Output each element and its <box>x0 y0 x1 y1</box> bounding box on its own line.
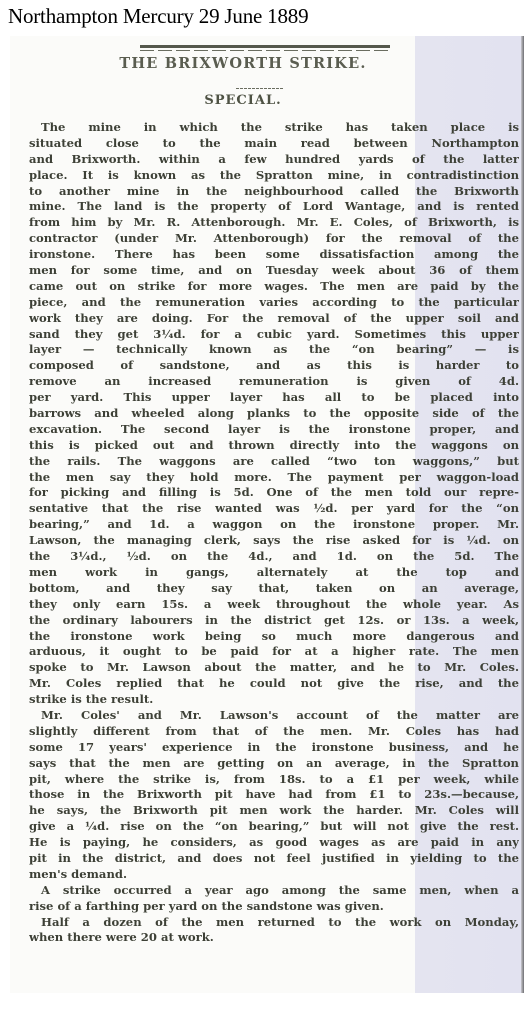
article-line: Mr. Coles' and Mr. Lawson's account of t… <box>29 708 519 724</box>
article-line: bearing,” and 1d. a waggon on the ironst… <box>29 517 519 533</box>
article-line: spoke to Mr. Lawson about the matter, an… <box>29 660 519 676</box>
article-line: for picking and filling is 5d. One of th… <box>29 485 519 501</box>
article-line: and Brixworth. within a few hundred yard… <box>29 152 519 168</box>
article-line: sentative that the rise wanted was ½d. p… <box>29 501 519 517</box>
article-line: give a ¼d. rise on the “on bearing,” but… <box>29 819 519 835</box>
article-line: the men say they hold more. The payment … <box>29 470 519 486</box>
article-line: layer — technically known as the “on bea… <box>29 342 519 358</box>
scan-edge <box>521 36 524 993</box>
article-line: pit in the district, and does not feel j… <box>29 851 519 867</box>
article-line: some 17 years' experience in the ironsto… <box>29 740 519 756</box>
newspaper-clipping: THE BRIXWORTH STRIKE. SPECIAL. The mine … <box>10 36 524 993</box>
article-line: from him by Mr. R. Attenborough. Mr. E. … <box>29 215 519 231</box>
article-line: composed of sandstone, and as this is ha… <box>29 358 519 374</box>
top-rule-dashed <box>140 50 390 51</box>
article-line: men's demand. <box>29 867 519 883</box>
article-line: the ordinary labourers in the district g… <box>29 613 519 629</box>
article-line: arduous, it ought to be paid for at a hi… <box>29 644 519 660</box>
article-line: The mine in which the strike has taken p… <box>29 120 519 136</box>
article-line: barrows and wheeled along planks to the … <box>29 406 519 422</box>
article-line: A strike occurred a year ago among the s… <box>29 883 519 899</box>
article-line: bottom, and they say that, taken on an a… <box>29 581 519 597</box>
article-line: piece, and the remuneration varies accor… <box>29 295 519 311</box>
section-divider <box>236 88 284 89</box>
article-line: slightly different from that of the men.… <box>29 724 519 740</box>
article-line: place. It is known as the Spratton mine,… <box>29 168 519 184</box>
article-line: Half a dozen of the men returned to the … <box>29 915 519 931</box>
article-line: this is picked out and thrown directly i… <box>29 438 519 454</box>
article-line: mine. The land is the property of Lord W… <box>29 199 519 215</box>
article-line: strike is the result. <box>29 692 519 708</box>
article-line: when there were 20 at work. <box>29 930 519 946</box>
article-line: remove an increased remuneration is give… <box>29 374 519 390</box>
article-line: rise of a farthing per yard on the sands… <box>29 899 519 915</box>
clipping-caption: Northampton Mercury 29 June 1889 <box>8 4 308 29</box>
article-line: contractor (under Mr. Attenborough) for … <box>29 231 519 247</box>
article-line: excavation. The second layer is the iron… <box>29 422 519 438</box>
article-line: they only earn 15s. a week throughout th… <box>29 597 519 613</box>
article-line: work they are doing. For the removal of … <box>29 311 519 327</box>
article-line: says that the men are getting on an aver… <box>29 756 519 772</box>
article-line: per yard. This upper layer has all to be… <box>29 390 519 406</box>
article-line: Mr. Coles replied that he could not give… <box>29 676 519 692</box>
article-line: Lawson, the managing clerk, says the ris… <box>29 533 519 549</box>
top-rule <box>140 45 390 48</box>
article-headline: THE BRIXWORTH STRIKE. <box>10 55 524 72</box>
article-line: he says, the Brixworth pit men work the … <box>29 803 519 819</box>
article-line: pit, where the strike is, from 18s. to a… <box>29 772 519 788</box>
article-line: ironstone. There has been some dissatisf… <box>29 247 519 263</box>
article-subhead: SPECIAL. <box>10 93 524 108</box>
article-line: the 3¼d., ½d. on the 4d., and 1d. on the… <box>29 549 519 565</box>
article-body: The mine in which the strike has taken p… <box>29 120 519 946</box>
article-line: to another mine in the neighbourhood cal… <box>29 184 519 200</box>
article-line: He is paying, he considers, as good wage… <box>29 835 519 851</box>
article-line: the rails. The waggons are called “two t… <box>29 454 519 470</box>
article-line: men for some time, and on Tuesday week a… <box>29 263 519 279</box>
article-line: the ironstone work being so much more da… <box>29 629 519 645</box>
article-line: those in the Brixworth pit have had from… <box>29 787 519 803</box>
article-line: came out on strike for more wages. The m… <box>29 279 519 295</box>
article-line: men work in gangs, alternately at the to… <box>29 565 519 581</box>
article-line: situated close to the main read between … <box>29 136 519 152</box>
article-line: sand they get 3¼d. for a cubic yard. Som… <box>29 327 519 343</box>
